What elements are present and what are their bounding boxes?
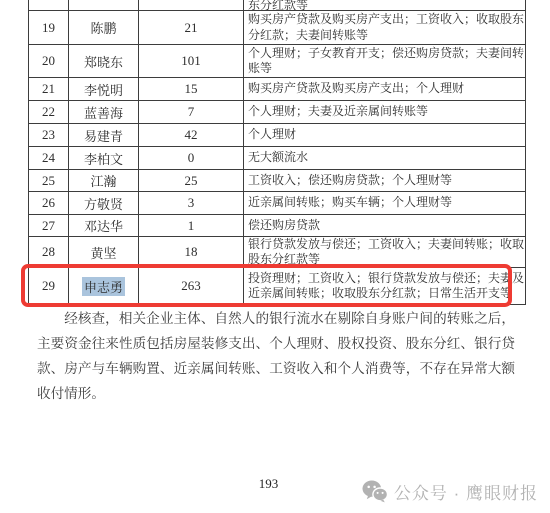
description-text: 个人理财；子女教育开支；偿还购房贷款；夫妻间转账等 bbox=[248, 46, 524, 77]
description-cell: 工资收入；偿还购房贷款；个人理财等 bbox=[244, 170, 525, 191]
count-cell: 1 bbox=[139, 215, 244, 236]
count-cell bbox=[139, 0, 244, 10]
description-text: 投资理财；工资收入；银行贷款发放与偿还；夫妻及近亲属间转账；收取股东分红款；日常… bbox=[248, 271, 524, 302]
count-cell: 101 bbox=[139, 45, 244, 77]
table-row: 23易建青42个人理财 bbox=[29, 124, 525, 147]
description-text: 偿还购房贷款 bbox=[248, 218, 524, 234]
name-cell: 申志勇 bbox=[69, 268, 139, 304]
table-row: 20郑晓东101个人理财；子女教育开支；偿还购房贷款；夫妻间转账等 bbox=[29, 45, 525, 78]
watermark-text: 公众号 · 鹰眼财报 bbox=[394, 479, 538, 504]
count-cell: 0 bbox=[139, 147, 244, 169]
name-cell: 蓝善海 bbox=[69, 101, 139, 123]
description-text: 个人理财 bbox=[248, 127, 524, 143]
count-cell: 42 bbox=[139, 124, 244, 146]
selected-name-highlight: 申志勇 bbox=[82, 277, 125, 296]
description-text: 东分红款等 bbox=[248, 0, 524, 10]
count-cell: 263 bbox=[139, 268, 244, 304]
name-cell: 江瀚 bbox=[69, 170, 139, 191]
bank-flow-table: 东分红款等 19陈鹏21购买房产贷款及购买房产支出；工资收入；收取股东分红款；夫… bbox=[28, 0, 526, 305]
description-cell: 偿还购房贷款 bbox=[244, 215, 525, 236]
name-cell bbox=[69, 0, 139, 10]
count-cell: 25 bbox=[139, 170, 244, 191]
name-cell: 李柏文 bbox=[69, 147, 139, 169]
name-cell: 李悦明 bbox=[69, 78, 139, 100]
description-cell: 投资理财；工资收入；银行贷款发放与偿还；夫妻及近亲属间转账；收取股东分红款；日常… bbox=[244, 268, 525, 304]
count-cell: 18 bbox=[139, 237, 244, 267]
description-cell: 银行贷款发放与偿还；工资收入；夫妻间转账；收取股东分红款等 bbox=[244, 237, 525, 267]
count-cell: 7 bbox=[139, 101, 244, 123]
name-cell: 黄坚 bbox=[69, 237, 139, 267]
description-cell: 近亲属间转账；购买车辆；个人理财等 bbox=[244, 192, 525, 214]
row-number-cell: 20 bbox=[29, 45, 69, 77]
description-text: 购买房产贷款及购买房产支出；个人理财 bbox=[248, 81, 524, 97]
description-cell: 个人理财 bbox=[244, 124, 525, 146]
description-cell: 东分红款等 bbox=[244, 0, 525, 10]
description-text: 近亲属间转账；购买车辆；个人理财等 bbox=[248, 195, 524, 211]
row-number-cell: 24 bbox=[29, 147, 69, 169]
row-number-cell: 23 bbox=[29, 124, 69, 146]
description-cell: 购买房产贷款及购买房产支出；个人理财 bbox=[244, 78, 525, 100]
summary-paragraph: 经核查，相关企业主体、自然人的银行流水在剔除自身账户间的转账之后，主要资金往来性… bbox=[37, 306, 515, 406]
flow-table-rows: 19陈鹏21购买房产贷款及购买房产支出；工资收入；收取股东分红款；夫妻间转账等2… bbox=[29, 11, 525, 305]
description-text: 无大额流水 bbox=[248, 150, 524, 166]
description-cell: 购买房产贷款及购买房产支出；工资收入；收取股东分红款；夫妻间转账等 bbox=[244, 11, 525, 44]
name-cell: 郑晓东 bbox=[69, 45, 139, 77]
name-cell: 陈鹏 bbox=[69, 11, 139, 44]
name-cell: 易建青 bbox=[69, 124, 139, 146]
count-cell: 15 bbox=[139, 78, 244, 100]
row-number-cell: 19 bbox=[29, 11, 69, 44]
row-number-cell: 28 bbox=[29, 237, 69, 267]
name-cell: 邓达华 bbox=[69, 215, 139, 236]
table-row: 19陈鹏21购买房产贷款及购买房产支出；工资收入；收取股东分红款；夫妻间转账等 bbox=[29, 11, 525, 45]
row-number-cell: 29 bbox=[29, 268, 69, 304]
count-cell: 21 bbox=[139, 11, 244, 44]
row-number-cell bbox=[29, 0, 69, 10]
row-number-cell: 25 bbox=[29, 170, 69, 191]
row-number-cell: 26 bbox=[29, 192, 69, 214]
description-cell: 无大额流水 bbox=[244, 147, 525, 169]
description-cell: 个人理财；夫妻及近亲属间转账等 bbox=[244, 101, 525, 123]
description-text: 银行贷款发放与偿还；工资收入；夫妻间转账；收取股东分红款等 bbox=[248, 237, 524, 267]
table-row: 21李悦明15购买房产贷款及购买房产支出；个人理财 bbox=[29, 78, 525, 101]
table-row: 28黄坚18银行贷款发放与偿还；工资收入；夫妻间转账；收取股东分红款等 bbox=[29, 237, 525, 268]
row-number-cell: 22 bbox=[29, 101, 69, 123]
count-cell: 3 bbox=[139, 192, 244, 214]
document-page: 东分红款等 19陈鹏21购买房产贷款及购买房产支出；工资收入；收取股东分红款；夫… bbox=[0, 0, 550, 513]
table-row: 22蓝善海7个人理财；夫妻及近亲属间转账等 bbox=[29, 101, 525, 124]
description-text: 个人理财；夫妻及近亲属间转账等 bbox=[248, 104, 524, 120]
watermark: 公众号 · 鹰眼财报 bbox=[362, 479, 538, 504]
table-row: 25江瀚25工资收入；偿还购房贷款；个人理财等 bbox=[29, 170, 525, 192]
description-cell: 个人理财；子女教育开支；偿还购房贷款；夫妻间转账等 bbox=[244, 45, 525, 77]
row-number-cell: 21 bbox=[29, 78, 69, 100]
table-row: 24李柏文0无大额流水 bbox=[29, 147, 525, 170]
name-cell: 方敬贤 bbox=[69, 192, 139, 214]
table-row: 29申志勇263投资理财；工资收入；银行贷款发放与偿还；夫妻及近亲属间转账；收取… bbox=[29, 268, 525, 305]
table-row-partial: 东分红款等 bbox=[29, 0, 525, 11]
row-number-cell: 27 bbox=[29, 215, 69, 236]
table-row: 26方敬贤3近亲属间转账；购买车辆；个人理财等 bbox=[29, 192, 525, 215]
description-text: 工资收入；偿还购房贷款；个人理财等 bbox=[248, 173, 524, 189]
table-row: 27邓达华1偿还购房贷款 bbox=[29, 215, 525, 237]
wechat-icon bbox=[362, 480, 388, 503]
description-text: 购买房产贷款及购买房产支出；工资收入；收取股东分红款；夫妻间转账等 bbox=[248, 12, 524, 43]
